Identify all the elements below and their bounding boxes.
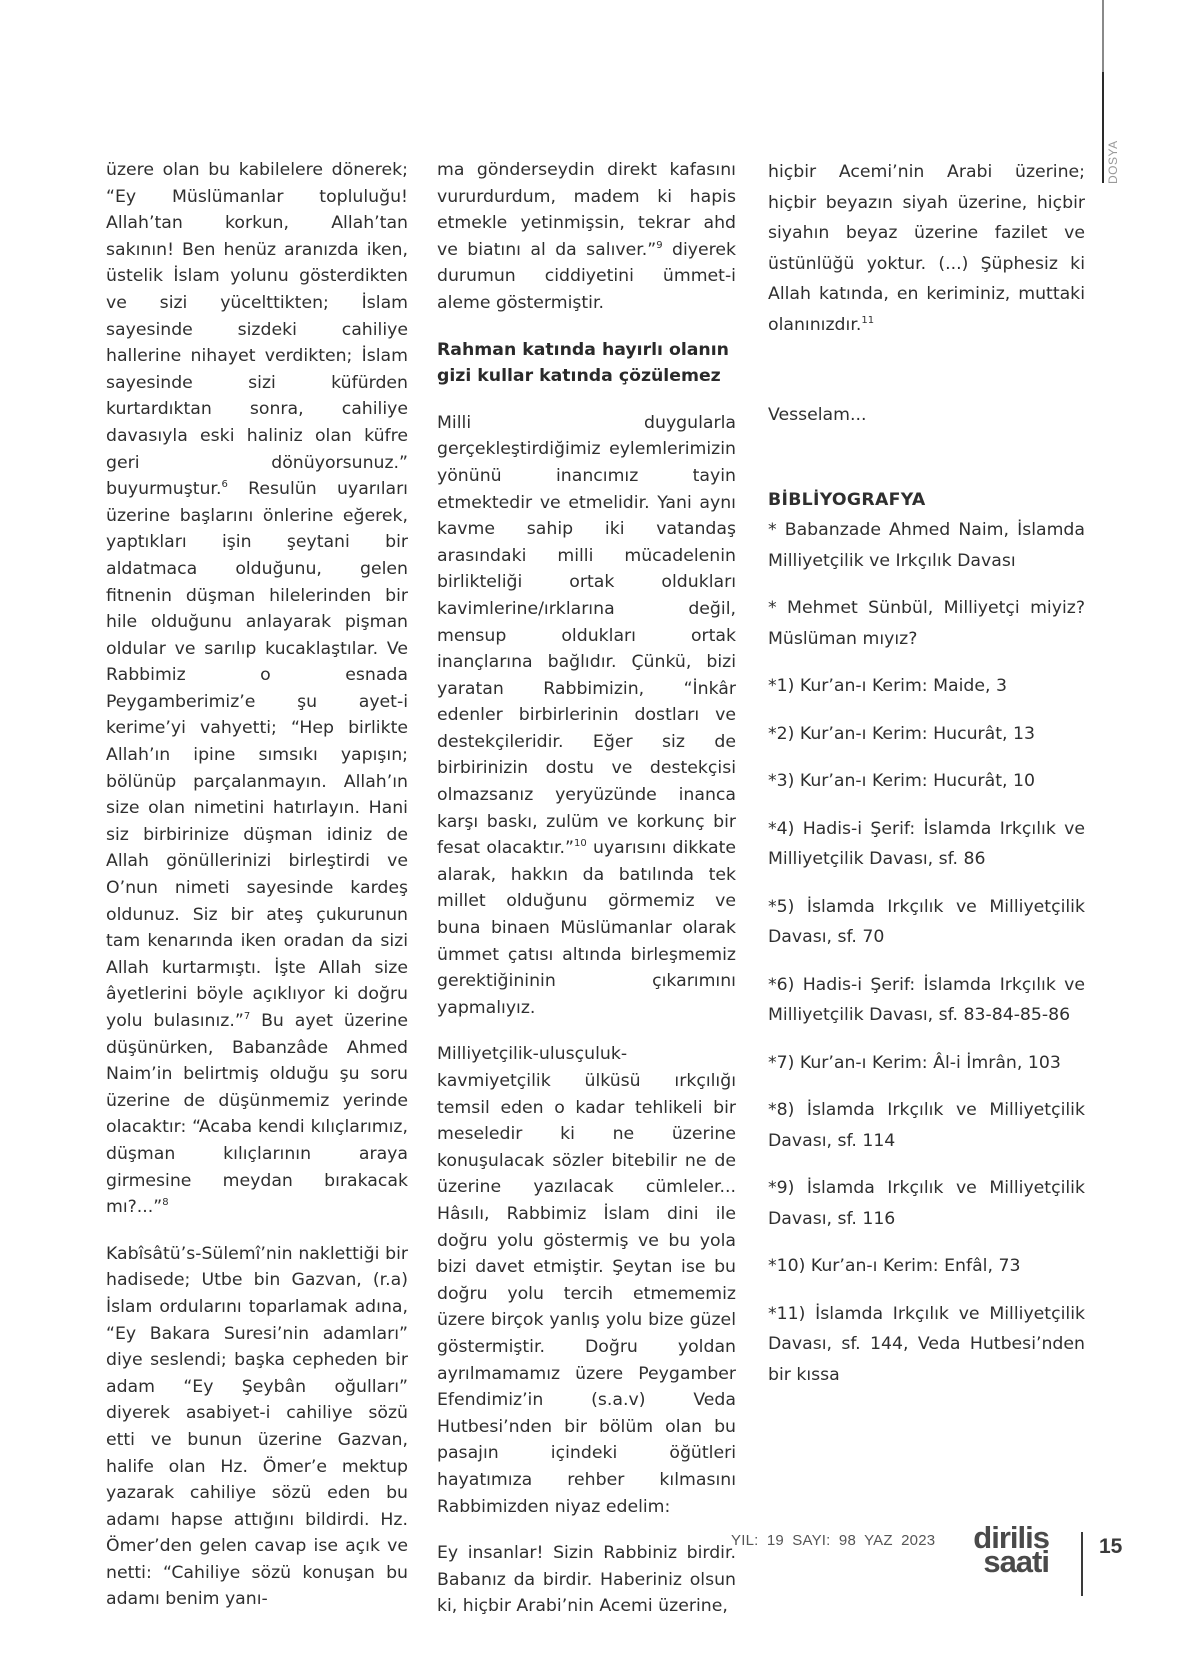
paragraph-text: Resulün uyarıları üzerine başlarını önle… bbox=[106, 479, 408, 1031]
paragraph-text: üzere olan bu kabilelere dönerek; “Ey Mü… bbox=[106, 160, 408, 499]
column-3: hiçbir Acemi’nin Arabi üzerine; hiçbir b… bbox=[768, 157, 1085, 1407]
paragraph: üzere olan bu kabilelere dönerek; “Ey Mü… bbox=[106, 157, 408, 1221]
paragraph: Milliyetçilik-ulusçuluk-kavmiyetçilik ül… bbox=[437, 1041, 736, 1520]
bibliography-item: *7) Kur’an-ı Kerim: Âl-i İmrân, 103 bbox=[768, 1048, 1085, 1079]
bibliography-heading: BİBLİYOGRAFYA bbox=[768, 485, 1085, 516]
paragraph-text: Milli duygularla gerçekleştirdiğimiz eyl… bbox=[437, 413, 736, 859]
spacer bbox=[768, 340, 1085, 400]
paragraph-text: Bu ayet üzerine düşünürken, Babanzâde Ah… bbox=[106, 1011, 408, 1217]
column-1: üzere olan bu kabilelere dönerek; “Ey Mü… bbox=[106, 157, 408, 1633]
footnote-ref: 11 bbox=[861, 315, 874, 326]
paragraph-text: uyarısını dikkate alarak, hakkın da batı… bbox=[437, 838, 736, 1018]
closing-text: Vesselam... bbox=[768, 400, 1085, 431]
paragraph: Ey insanlar! Sizin Rabbiniz birdir. Baba… bbox=[437, 1540, 736, 1620]
bibliography-item: *6) Hadis-i Şerif: İslamda Irkçılık ve M… bbox=[768, 970, 1085, 1031]
bibliography-item: *9) İslamda Irkçılık ve Milliyetçilik Da… bbox=[768, 1173, 1085, 1234]
column-2: ma gönderseydin direkt kafasını vururdur… bbox=[437, 157, 736, 1640]
bibliography-item: * Babanzade Ahmed Naim, İslamda Milliyet… bbox=[768, 515, 1085, 576]
bibliography-item: *5) İslamda Irkçılık ve Milliyetçilik Da… bbox=[768, 892, 1085, 953]
bibliography-item: * Mehmet Sünbül, Milliyetçi miyiz? Müslü… bbox=[768, 593, 1085, 654]
section-label: DOSYA bbox=[1106, 132, 1122, 184]
bibliography-item: *10) Kur’an-ı Kerim: Enfâl, 73 bbox=[768, 1251, 1085, 1282]
magazine-logo: dirilis saati bbox=[963, 1526, 1049, 1574]
bibliography-item: *2) Kur’an-ı Kerim: Hucurât, 13 bbox=[768, 719, 1085, 750]
subheading: Rahman katında hayırlı olanın gizi kulla… bbox=[437, 337, 736, 390]
paragraph: ma gönderseydin direkt kafasını vururdur… bbox=[437, 157, 736, 317]
paragraph: Milli duygularla gerçekleştirdiğimiz eyl… bbox=[437, 410, 736, 1022]
spacer bbox=[768, 431, 1085, 485]
bibliography-item: *3) Kur’an-ı Kerim: Hucurât, 10 bbox=[768, 766, 1085, 797]
footnote-ref: 8 bbox=[162, 1197, 168, 1208]
footer-divider bbox=[1081, 1532, 1083, 1596]
paragraph: Kabîsâtü’s-Sülemî’nin naklettiği bir had… bbox=[106, 1241, 408, 1613]
footnote-ref: 10 bbox=[574, 838, 587, 849]
bibliography-item: *4) Hadis-i Şerif: İslamda Irkçılık ve M… bbox=[768, 814, 1085, 875]
bibliography-item: *1) Kur’an-ı Kerim: Maide, 3 bbox=[768, 671, 1085, 702]
paragraph: hiçbir Acemi’nin Arabi üzerine; hiçbir b… bbox=[768, 157, 1085, 340]
paragraph-text: hiçbir Acemi’nin Arabi üzerine; hiçbir b… bbox=[768, 162, 1085, 335]
page-number: 15 bbox=[1099, 1535, 1122, 1559]
issue-info: YIL: 19 SAYI: 98 YAZ 2023 bbox=[731, 1532, 935, 1549]
bibliography-item: *8) İslamda Irkçılık ve Milliyetçilik Da… bbox=[768, 1095, 1085, 1156]
top-vertical-rule bbox=[1102, 0, 1104, 183]
bibliography-item: *11) İslamda Irkçılık ve Milliyetçilik D… bbox=[768, 1299, 1085, 1391]
